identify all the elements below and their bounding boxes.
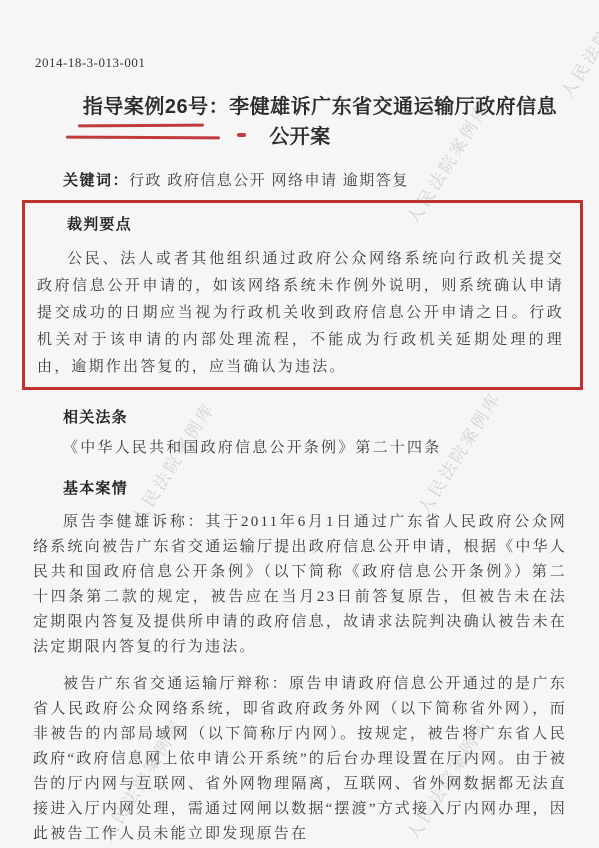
basic-facts-paragraph: 被告广东省交通运输厅辩称：原告申请政府信息公开通过的是广东省人民政府公众网络系统… xyxy=(33,672,567,847)
related-articles-text: 《中华人民共和国政府信息公开条例》第二十四条 xyxy=(33,436,567,461)
judgment-points-heading: 裁判要点 xyxy=(67,213,564,234)
case-reference-number: 2014-18-3-013-001 xyxy=(35,0,599,71)
basic-facts-heading: 基本案情 xyxy=(63,477,599,498)
related-articles-heading: 相关法条 xyxy=(63,406,599,427)
judgment-points-text: 公民、法人或者其他组织通过政府公众网络系统向行政机关提交政府信息公开申请的，如该… xyxy=(37,246,564,381)
case-title: 指导案例26号：李健雄诉广东省交通运输厅政府信息公开案 xyxy=(33,92,567,152)
judgment-points-highlight-box: 裁判要点 公民、法人或者其他组织通过政府公众网络系统向行政机关提交政府信息公开申… xyxy=(22,200,583,390)
basic-facts-paragraph: 原告李健雄诉称：其于2011年6月1日通过广东省人民政府公众网络系统向被告广东省… xyxy=(33,510,567,660)
title-underline-dash xyxy=(237,133,246,137)
keywords-values: 行政 政府信息公开 网络申请 逾期答复 xyxy=(129,173,409,189)
document-page: 人民法院案例库 人民法院案例库 人民法院案例库 人民法院案例库 人民法院案例库 … xyxy=(0,0,599,848)
keywords-line: 关键词：行政 政府信息公开 网络申请 逾期答复 xyxy=(63,169,599,190)
keywords-label: 关键词： xyxy=(63,172,129,189)
